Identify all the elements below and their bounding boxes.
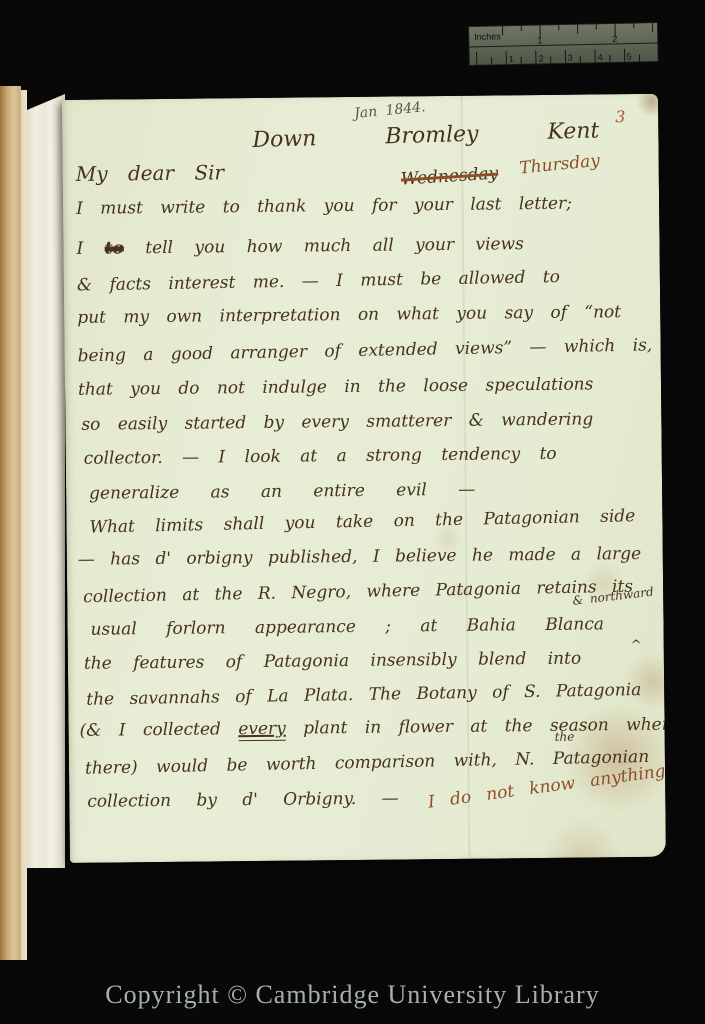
inserted-word: Thursday [519, 153, 601, 178]
handwritten-line: the features of Patagonia insensibly ble… [84, 651, 581, 673]
handwritten-line: & facts interest me. — I must be allowed… [77, 269, 560, 294]
page-edge-sliver [21, 90, 27, 960]
handwritten-line: I must write to thank you for your last … [76, 196, 572, 218]
ruler-inch-2: 2 [612, 34, 617, 44]
ruler-cm-4: 4 [598, 52, 603, 62]
handwritten-line: generalize as an entire evil — [89, 482, 475, 503]
handwritten-line: (& I collected every plant in flower at … [80, 717, 666, 740]
ruler-inch-1: 1 [537, 35, 542, 45]
ruler-cm-3: 3 [568, 53, 573, 63]
manuscript-photo: Inches 1 2 1 2 3 4 5 Jan 1844. 3 Down Br… [0, 0, 705, 1024]
ruler-graphic: Inches 1 2 1 2 3 4 5 [468, 22, 659, 66]
handwritten-line: collection at the R. Negro, where Patago… [83, 579, 633, 607]
date-annotation: Jan 1844. [354, 100, 427, 121]
handwritten-line: I to tell you how much all your views [76, 236, 523, 258]
line-text: I [76, 239, 83, 259]
salutation: My dear Sir [76, 162, 224, 184]
handwritten-line: being a good arranger of extended views”… [78, 337, 653, 365]
line-text: plant in flower at the season when [303, 715, 666, 739]
handwritten-line: — has d' orbigny published, I believe he… [78, 546, 642, 569]
handwritten-line: usual forlorn appearance ; at Bahia Blan… [90, 616, 604, 638]
copyright-footer: Copyright © Cambridge University Library [0, 980, 705, 1010]
ruler: Inches 1 2 1 2 3 4 5 [468, 22, 659, 66]
handwritten-line: that you do not indulge in the loose spe… [78, 376, 593, 398]
ruler-cm-1: 1 [509, 54, 514, 64]
interlinear-insertion: the [555, 731, 575, 743]
line-text: (& I collected [80, 719, 221, 740]
address-line: Down Bromley Kent [252, 120, 600, 152]
handwritten-line: put my own interpretation on what you sa… [77, 304, 621, 327]
ruler-cm-2: 2 [539, 53, 544, 63]
book-edge-strip [0, 86, 21, 960]
handwritten-line: collection by d' Orbigny. — [87, 791, 398, 811]
underlined-word: every [238, 719, 286, 741]
cancelled-word: Wednesday [400, 164, 498, 190]
cancelled-word: to [105, 238, 124, 258]
folded-page-edge [27, 94, 65, 868]
line-text: tell you how much all your views [145, 234, 524, 258]
ruler-cm-5: 5 [627, 52, 632, 62]
day-annotation: Wednesday Thursday [400, 159, 600, 188]
folio-number: 3 [615, 109, 625, 125]
handwritten-line: What limits shall you take on the Patago… [89, 508, 635, 536]
handwritten-line: collector. — I look at a strong tendency… [84, 446, 557, 468]
ruler-unit-label: Inches [474, 31, 501, 42]
handwritten-line: so easily started by every smatterer & w… [81, 411, 593, 433]
letter-page: Jan 1844. 3 Down Bromley Kent My dear Si… [62, 94, 666, 863]
handwritten-line: the savannahs of La Plata. The Botany of… [86, 682, 641, 709]
caret-mark: ^ [631, 639, 642, 652]
